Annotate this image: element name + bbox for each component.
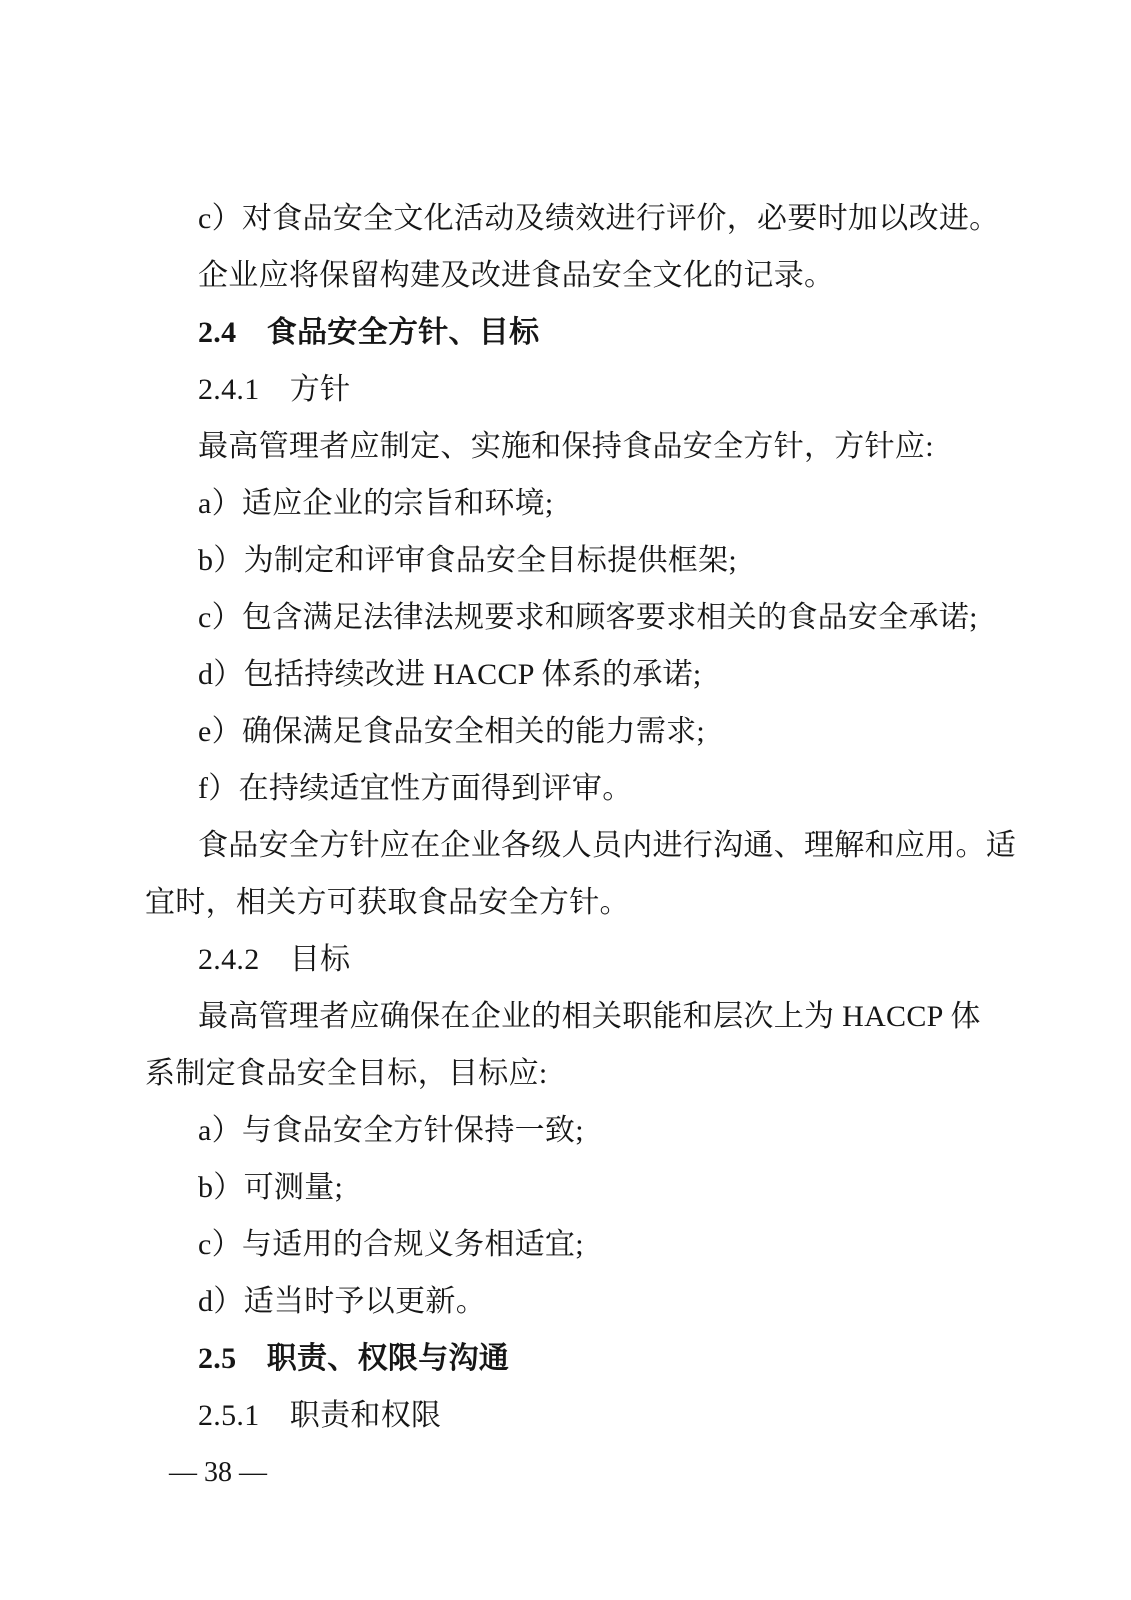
list-item-a-objectives: a）与食品安全方针保持一致; (145, 1102, 985, 1159)
paragraph-objectives-line-1: 最高管理者应确保在企业的相关职能和层次上为 HACCP 体 (145, 988, 985, 1045)
paragraph-policy-comm-line-2: 宜时，相关方可获取食品安全方针。 (145, 874, 985, 931)
list-item-c-culture: c）对食品安全文化活动及绩效进行评价，必要时加以改进。 (145, 190, 985, 247)
paragraph-policy-comm-line-1: 食品安全方针应在企业各级人员内进行沟通、理解和应用。适 (145, 817, 985, 874)
paragraph-objectives-line-2: 系制定食品安全目标，目标应: (145, 1045, 985, 1102)
paragraph-policy-intro: 最高管理者应制定、实施和保持食品安全方针，方针应: (145, 418, 985, 475)
document-page: c）对食品安全文化活动及绩效进行评价，必要时加以改进。 企业应将保留构建及改进食… (0, 0, 1131, 1600)
section-heading-2-4-2: 2.4.2 目标 (145, 931, 985, 988)
list-item-d-policy: d）包括持续改进 HACCP 体系的承诺; (145, 646, 985, 703)
section-heading-2-4: 2.4 食品安全方针、目标 (145, 304, 985, 361)
list-item-b-objectives: b）可测量; (145, 1159, 985, 1216)
section-heading-2-5: 2.5 职责、权限与沟通 (145, 1330, 985, 1387)
list-item-d-objectives: d）适当时予以更新。 (145, 1273, 985, 1330)
list-item-e-policy: e）确保满足食品安全相关的能力需求; (145, 703, 985, 760)
section-heading-2-4-1: 2.4.1 方针 (145, 361, 985, 418)
list-item-a-policy: a）适应企业的宗旨和环境; (145, 475, 985, 532)
list-item-c-objectives: c）与适用的合规义务相适宜; (145, 1216, 985, 1273)
list-item-b-policy: b）为制定和评审食品安全目标提供框架; (145, 532, 985, 589)
section-heading-2-5-1: 2.5.1 职责和权限 (145, 1387, 985, 1444)
paragraph-culture-record: 企业应将保留构建及改进食品安全文化的记录。 (145, 247, 985, 304)
list-item-f-policy: f）在持续适宜性方面得到评审。 (145, 760, 985, 817)
document-body: c）对食品安全文化活动及绩效进行评价，必要时加以改进。 企业应将保留构建及改进食… (145, 190, 985, 1501)
list-item-c-policy: c）包含满足法律法规要求和顾客要求相关的食品安全承诺; (145, 589, 985, 646)
page-number: — 38 — (145, 1444, 985, 1501)
